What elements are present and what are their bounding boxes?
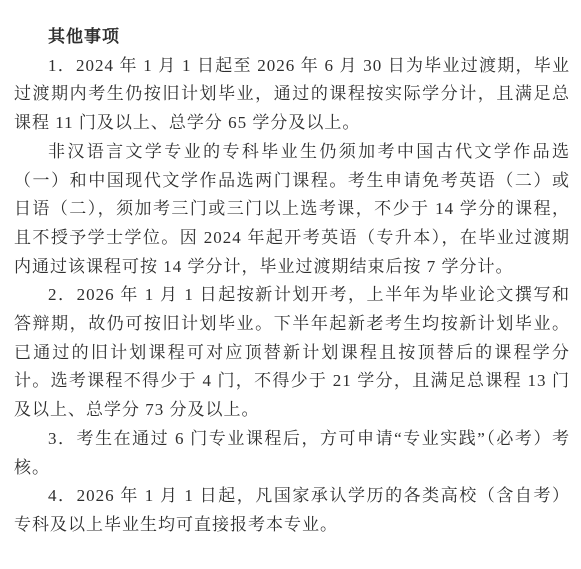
paragraph-transition-period: 1．2024 年 1 月 1 日起至 2026 年 6 月 30 日为毕业过渡期… <box>14 52 570 138</box>
paragraph-new-plan: 2．2026 年 1 月 1 日起按新计划开考，上半年为毕业论文撰写和答辩期，故… <box>14 281 570 425</box>
paragraph-practice-exam: 3．考生在通过 6 门专业课程后，方可申请“专业实践”（必考）考核。 <box>14 425 570 482</box>
paragraph-non-chinese-major: 非汉语言文学专业的专科毕业生仍须加考中国古代文学作品选（一）和中国现代文学作品选… <box>14 138 570 282</box>
section-heading: 其他事项 <box>14 23 570 52</box>
paragraph-eligibility: 4．2026 年 1 月 1 日起，凡国家承认学历的各类高校（含自考）专科及以上… <box>14 482 570 539</box>
document-page: 其他事项 1．2024 年 1 月 1 日起至 2026 年 6 月 30 日为… <box>0 0 581 569</box>
